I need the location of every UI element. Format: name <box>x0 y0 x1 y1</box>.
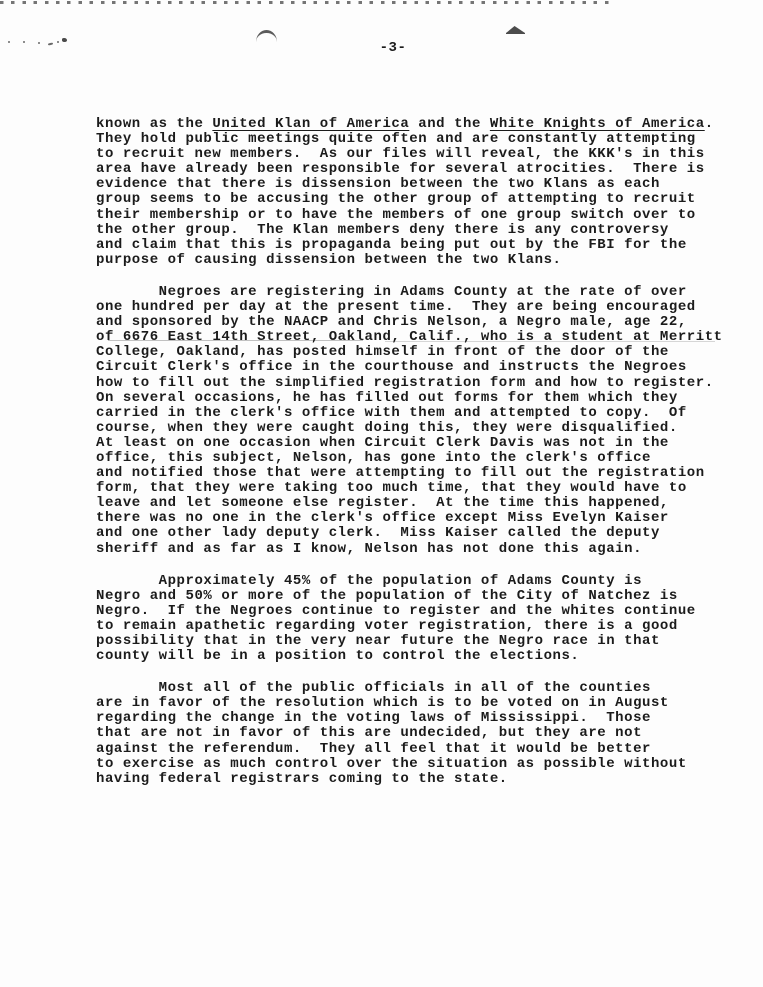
text-line: office, this subject, Nelson, has gone i… <box>96 451 746 466</box>
text-line: Negro and 50% or more of the population … <box>96 589 746 604</box>
paragraph-public-officials: Most all of the public officials in all … <box>96 681 746 787</box>
text-line: form, that they were taking too much tim… <box>96 481 746 496</box>
text-line: College, Oakland, has posted himself in … <box>96 345 746 360</box>
paragraph-klan-groups: known as the United Klan of America and … <box>96 117 746 268</box>
text-line: carried in the clerk's office with them … <box>96 406 746 421</box>
text-line: leave and let someone else register. At … <box>96 496 746 511</box>
ink-speck <box>62 38 67 42</box>
page-number: -3- <box>333 40 453 56</box>
text-segment: known as the <box>96 116 212 132</box>
ink-speck <box>48 42 53 45</box>
text-line: and claim that this is propaganda being … <box>96 238 746 253</box>
scanned-document-page: -3- known as the United Klan of America … <box>0 0 763 987</box>
text-segment: and the <box>409 116 490 132</box>
text-line: one hundred per day at the present time.… <box>96 300 746 315</box>
paragraph-population: Approximately 45% of the population of A… <box>96 574 746 665</box>
text-line: against the referendum. They all feel th… <box>96 742 746 757</box>
text-segment: . <box>705 116 714 132</box>
text-line: Approximately 45% of the population of A… <box>96 574 746 589</box>
text-line: and notified those that were attempting … <box>96 466 746 481</box>
smudge-mark-left <box>256 30 277 42</box>
scan-artifact-line <box>385 341 715 342</box>
ink-speck <box>8 41 10 43</box>
text-line: and one other lady deputy clerk. Miss Ka… <box>96 526 746 541</box>
text-line: how to fill out the simplified registrat… <box>96 376 746 391</box>
text-line: their membership or to have the members … <box>96 208 746 223</box>
paragraph-lines: They hold public meetings quite often an… <box>96 132 746 268</box>
text-line: sheriff and as far as I know, Nelson has… <box>96 542 746 557</box>
text-line: regarding the change in the voting laws … <box>96 711 746 726</box>
text-line: to remain apathetic regarding voter regi… <box>96 619 746 634</box>
text-line: and sponsored by the NAACP and Chris Nel… <box>96 315 746 330</box>
text-line: group seems to be accusing the other gro… <box>96 192 746 207</box>
text-line: Negroes are registering in Adams County … <box>96 285 746 300</box>
text-line: that are not in favor of this are undeci… <box>96 726 746 741</box>
text-line: possibility that in the very near future… <box>96 634 746 649</box>
text-line: Most all of the public officials in all … <box>96 681 746 696</box>
text-line: course, when they were caught doing this… <box>96 421 746 436</box>
text-line: are in favor of the resolution which is … <box>96 696 746 711</box>
underlined-org-name-white-knights: White Knights of America <box>490 116 705 132</box>
text-line: Circuit Clerk's office in the courthouse… <box>96 360 746 375</box>
ink-speck <box>57 41 59 43</box>
text-line: to exercise as much control over the sit… <box>96 757 746 772</box>
text-line: purpose of causing dissension between th… <box>96 253 746 268</box>
text-line: known as the United Klan of America and … <box>96 117 746 132</box>
text-line: of 6676 East 14th Street, Oakland, Calif… <box>96 330 746 345</box>
paragraph-voter-registration: Negroes are registering in Adams County … <box>96 285 746 557</box>
text-line: On several occasions, he has filled out … <box>96 391 746 406</box>
text-line: evidence that there is dissension betwee… <box>96 177 746 192</box>
text-line: Negro. If the Negroes continue to regist… <box>96 604 746 619</box>
text-line: to recruit new members. As our files wil… <box>96 147 746 162</box>
text-line: there was no one in the clerk's office e… <box>96 511 746 526</box>
smudge-mark-right <box>506 26 525 34</box>
text-line: area have already been responsible for s… <box>96 162 746 177</box>
text-line: They hold public meetings quite often an… <box>96 132 746 147</box>
text-line: At least on one occasion when Circuit Cl… <box>96 436 746 451</box>
ink-speck <box>38 42 40 44</box>
underlined-org-name-united-klan: United Klan of America <box>212 116 409 132</box>
document-text: known as the United Klan of America and … <box>96 117 746 804</box>
text-line: the other group. The Klan members deny t… <box>96 223 746 238</box>
ink-speck <box>23 41 25 43</box>
text-line: having federal registrars coming to the … <box>96 772 746 787</box>
text-line: county will be in a position to control … <box>96 649 746 664</box>
perforation-dots <box>0 1 613 4</box>
scan-artifact-line <box>108 340 363 341</box>
